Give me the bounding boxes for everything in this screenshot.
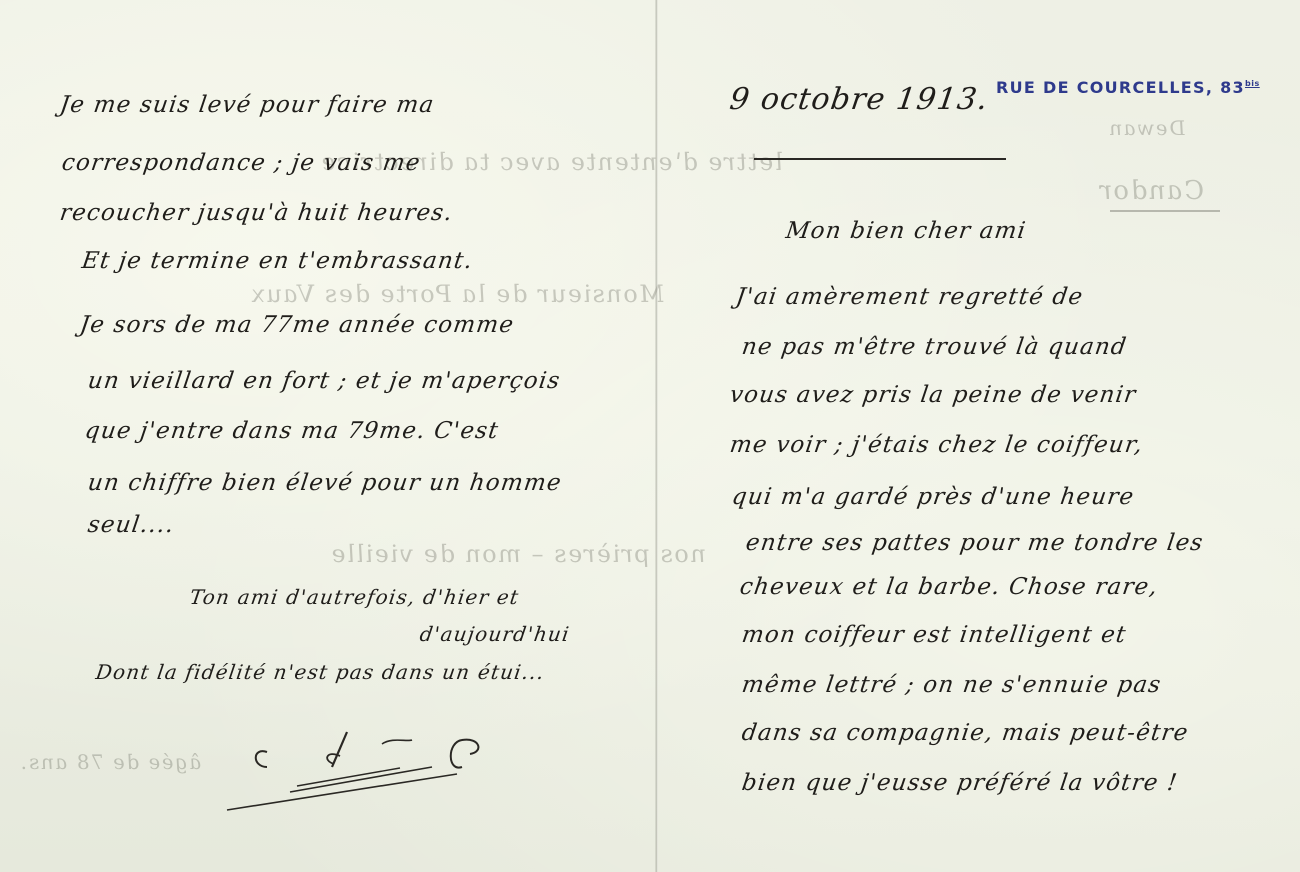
salutation: Mon bien cher ami — [784, 218, 1028, 244]
letter-line: entre ses pattes pour me tondre les — [744, 530, 1205, 556]
letter-line: ne pas m'être trouvé là quand — [740, 334, 1129, 360]
letter-line: vous avez pris la peine de venir — [728, 382, 1138, 408]
letter-scan: lettre d'entente avec ta directrice Mons… — [0, 0, 1300, 872]
right-page: RUE DE COURCELLES, 83bis Dewan Candor 9 … — [658, 0, 1300, 872]
signature-flourish: E. d'A. — [222, 712, 482, 812]
letter-line: recoucher jusqu'à huit heures. — [58, 200, 455, 226]
closing-line: Ton ami d'autrefois, d'hier et — [188, 585, 521, 609]
letter-line: que j'entre dans ma 79me. C'est — [83, 418, 500, 444]
bleed-through-text: Monsieur de la Porte des Vaux — [248, 280, 666, 308]
letter-line: seul.... — [86, 512, 176, 538]
letterhead-address: RUE DE COURCELLES, 83bis — [996, 78, 1260, 97]
bleed-through-text: Dewan — [1106, 116, 1187, 140]
letter-date: 9 octobre 1913. — [728, 82, 991, 117]
bleed-through-text: nos prières – mon de vieille — [328, 540, 708, 568]
letter-line: un chiffre bien élevé pour un homme — [86, 470, 563, 496]
letter-line: mon coiffeur est intelligent et — [740, 622, 1128, 648]
letter-line: bien que j'eusse préféré la vôtre ! — [740, 770, 1179, 796]
letter-line: même lettré ; on ne s'ennuie pas — [740, 672, 1163, 698]
bleed-through-rule — [1110, 210, 1220, 212]
closing-line: d'aujourd'hui — [418, 622, 571, 646]
closing-line: Dont la fidélité n'est pas dans un étui.… — [94, 660, 546, 684]
left-page: lettre d'entente avec ta directrice Mons… — [0, 0, 655, 872]
letter-line: qui m'a gardé près d'une heure — [730, 484, 1136, 510]
bleed-through-text: âgée de 78 ans. — [18, 750, 203, 774]
date-underline — [754, 158, 1006, 160]
letter-line: cheveux et la barbe. Chose rare, — [738, 574, 1160, 600]
letter-line: correspondance ; je vais me — [60, 150, 422, 176]
letter-line: J'ai amèrement regretté de — [734, 284, 1085, 310]
letter-line: Et je termine en t'embrassant. — [80, 248, 475, 274]
letter-line: Je sors de ma 77me année comme — [78, 312, 516, 338]
letter-line: dans sa compagnie, mais peut-être — [740, 720, 1190, 746]
letter-line: un vieillard en fort ; et je m'aperçois — [86, 368, 562, 394]
letter-line: me voir ; j'étais chez le coiffeur, — [728, 432, 1145, 458]
letter-line: Je me suis levé pour faire ma — [58, 92, 436, 118]
bleed-through-text: Candor — [1096, 176, 1206, 206]
